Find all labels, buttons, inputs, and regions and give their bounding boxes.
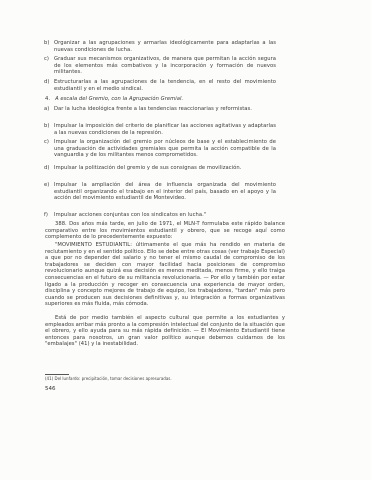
item-label: b) xyxy=(44,40,49,47)
item-text: Graduar sus mecanismos organizativos, de… xyxy=(54,56,276,75)
footnote-rule xyxy=(45,374,69,375)
item-text: Dar la lucha ideológica frente a las ten… xyxy=(54,106,252,112)
page-number: 546 xyxy=(45,386,56,392)
item-label: e) xyxy=(44,182,49,189)
list-item-c: c) Graduar sus mecanismos organizativos,… xyxy=(54,56,276,76)
item-text: Impulsar la ampliación del área de influ… xyxy=(54,182,276,201)
item-text: Organizar a las agrupaciones y armarlas … xyxy=(54,40,276,53)
item-text: Impulsar la organización del gremio por … xyxy=(54,139,276,158)
section-title-b: la Agrupación Gremial. xyxy=(123,96,184,102)
quote-paragraph-2: Está de por medio también el aspecto cul… xyxy=(45,315,285,348)
item-text: Estructurarlas a las agrupaciones de la … xyxy=(54,79,276,92)
item-label: a) xyxy=(44,106,49,113)
list-item-b: b) Impulsar la imposición del criterio d… xyxy=(54,123,276,136)
document-page: b) Organizar a las agrupaciones y armarl… xyxy=(0,0,371,480)
item-label: d) xyxy=(44,165,49,172)
item-label: c) xyxy=(44,56,49,63)
quote-paragraph-1: "MOVIMIENTO ESTUDIANTIL: últimamente el … xyxy=(45,242,285,308)
item-label: b) xyxy=(44,123,49,130)
item-text: Impulsar acciones conjuntas con los sind… xyxy=(54,212,206,218)
section-number: 4. xyxy=(45,96,50,102)
section-heading: 4.A escala del Gremio, con la Agrupación… xyxy=(45,96,285,103)
list-item-c: c) Impulsar la organización del gremio p… xyxy=(54,139,276,159)
footnote: (41) Del lunfardo: precipitación, tomar … xyxy=(45,376,172,381)
list-item-b: b) Organizar a las agrupaciones y armarl… xyxy=(54,40,276,53)
list-item-d: d) Estructurarlas a las agrupaciones de … xyxy=(54,79,276,92)
item-label: c) xyxy=(44,139,49,146)
list-item-d: d) Impulsar la politización del gremio y… xyxy=(54,165,276,172)
list-item-e: e) Impulsar la ampliación del área de in… xyxy=(54,182,276,202)
item-text: Impulsar la politización del gremio y de… xyxy=(54,165,241,171)
item-label: f) xyxy=(44,212,48,219)
list-item-a: a) Dar la lucha ideológica frente a las … xyxy=(54,106,276,113)
paragraph-388: 388. Dos años más tarde, en julio de 197… xyxy=(45,221,285,241)
list-item-f: f) Impulsar acciones conjuntas con los s… xyxy=(54,212,276,219)
section-title-a: A escala del Gremio, con xyxy=(55,96,123,102)
item-text: Impulsar la imposición del criterio de p… xyxy=(54,123,276,136)
item-label: d) xyxy=(44,79,49,86)
